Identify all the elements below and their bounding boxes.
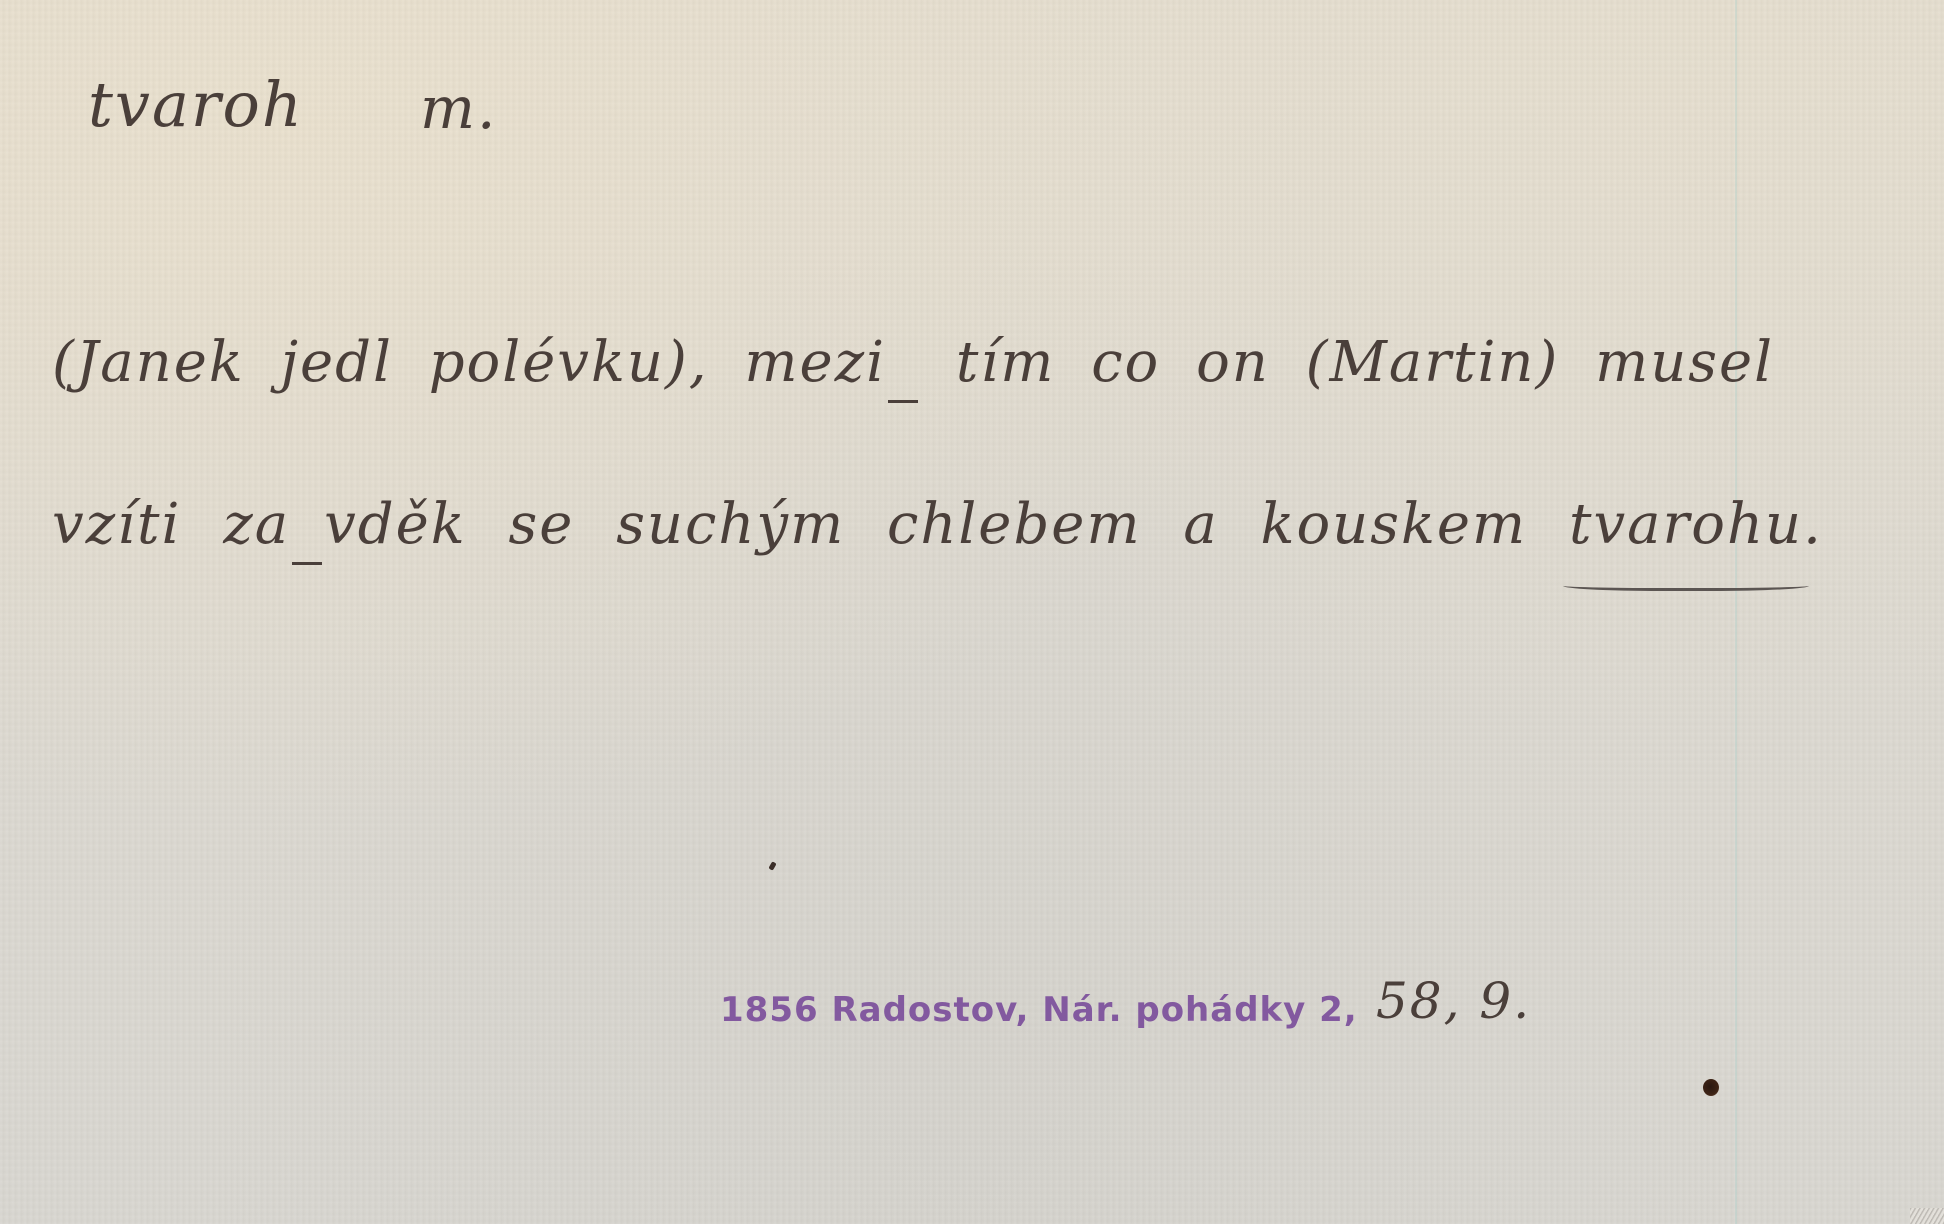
- example-segment: vzíti za: [52, 492, 290, 557]
- example-period: .: [1803, 492, 1823, 557]
- paper-texture: [0, 0, 1944, 1224]
- handwritten-dash: [888, 400, 918, 403]
- index-card: tvaroh m. (Janek jedl polévku), mezi tím…: [0, 0, 1944, 1224]
- example-segment: tím co on (Martin) musel: [956, 330, 1774, 395]
- handwritten-page-reference: 58, 9.: [1376, 972, 1531, 1030]
- ink-blot: [1703, 1079, 1719, 1096]
- example-line-2: vzíti zavděk se suchým chlebem a kouskem…: [52, 492, 1823, 557]
- example-segment: mezi: [744, 330, 886, 395]
- source-stamp: 1856 Radostov, Nár. pohádky 2,: [720, 990, 1358, 1030]
- example-segment: vděk se suchým chlebem a kouskem: [324, 492, 1527, 557]
- ink-speck: [768, 861, 776, 870]
- handwritten-dash: [292, 562, 322, 565]
- underlined-headword-occurrence: tvarohu: [1569, 492, 1803, 557]
- example-segment: (Janek jedl polévku),: [52, 330, 709, 395]
- headword: tvaroh: [88, 68, 304, 141]
- example-line-1: (Janek jedl polévku), mezi tím co on (Ma…: [52, 330, 1774, 395]
- faint-vertical-rule: [1735, 0, 1737, 1224]
- grammatical-gender: m.: [420, 74, 497, 142]
- frayed-corner: [1910, 1208, 1944, 1224]
